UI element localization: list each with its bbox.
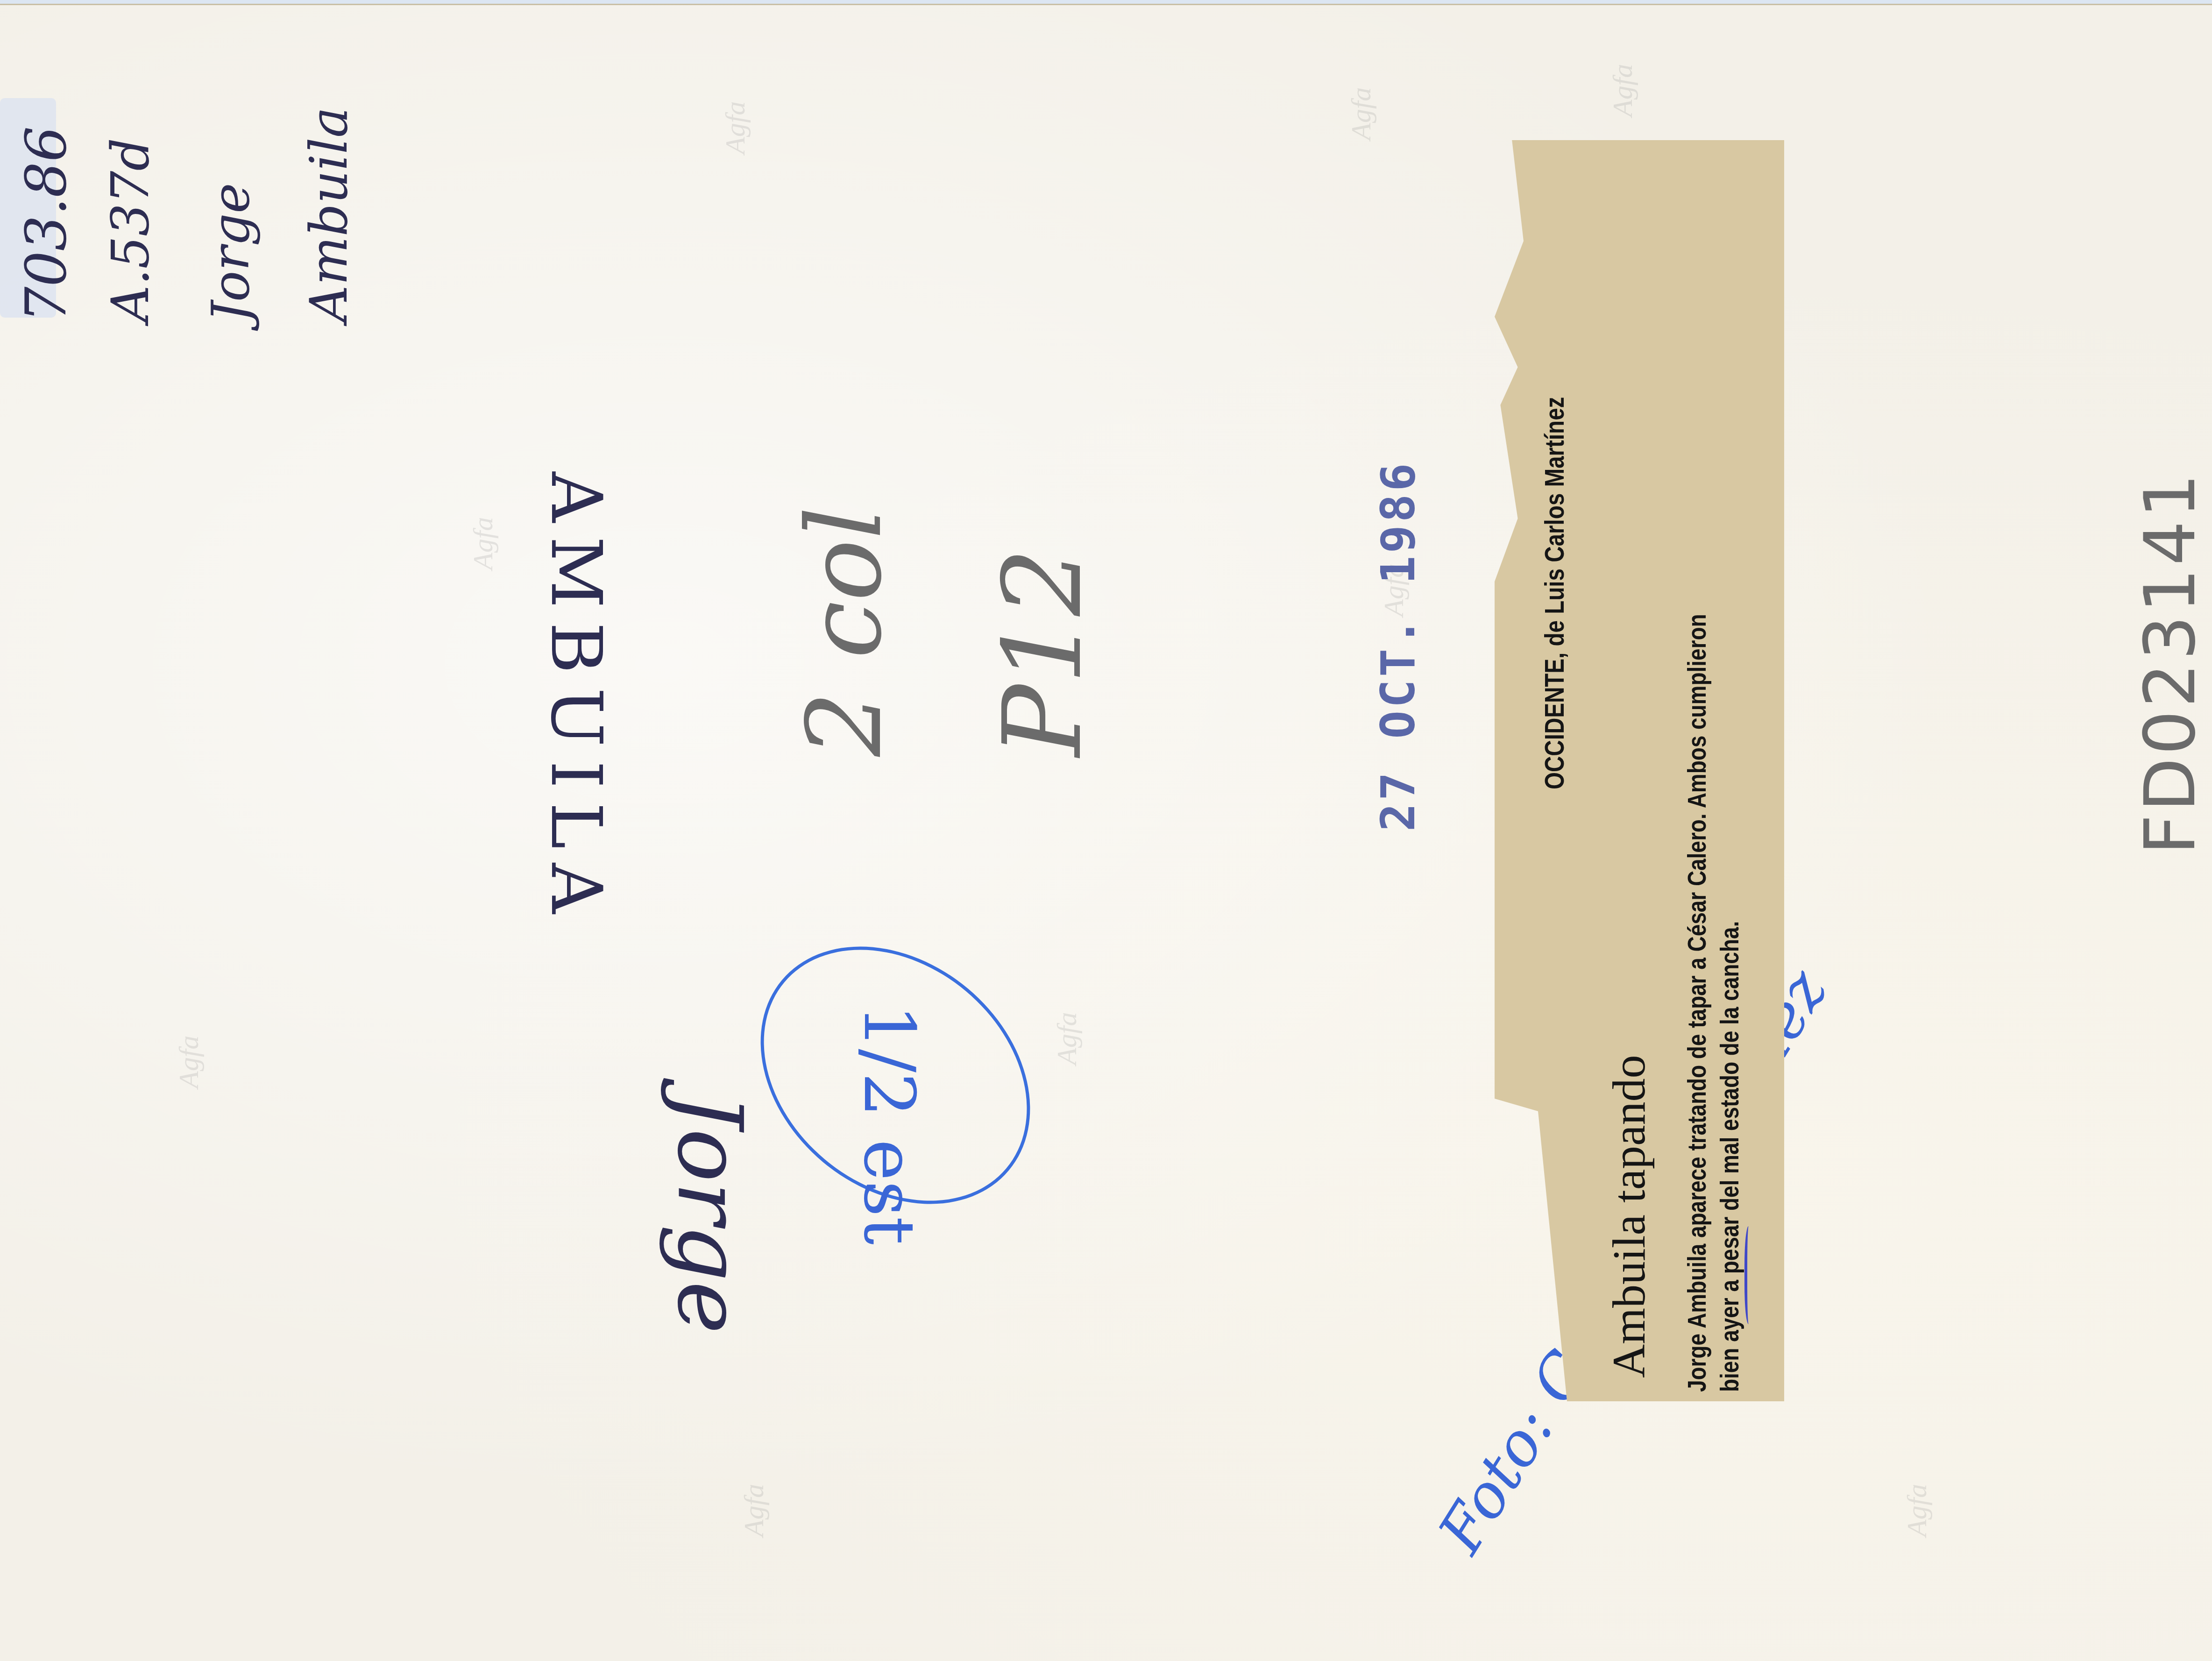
handwritten-first-name: Jorge (658, 1093, 761, 1334)
handwritten-last-name: AMBUILA (535, 472, 617, 928)
inventory-number: 703.86 (14, 126, 79, 322)
archive-name-last: Ambuila (299, 107, 359, 322)
agfa-watermark: Agfa (1345, 87, 1377, 140)
circled-note: 1/2 est (848, 1004, 929, 1245)
agfa-watermark: Agfa (1901, 1484, 1933, 1537)
clipping-credit: OCCIDENTE, de Luis Carlos Martínez (1539, 397, 1570, 789)
agfa-watermark: Agfa (1051, 1012, 1083, 1065)
agfa-watermark: Agfa (467, 517, 499, 570)
agfa-watermark: Agfa (1607, 64, 1639, 117)
newspaper-clipping: OCCIDENTE, de Luis Carlos Martínez Ambui… (1495, 140, 1784, 1401)
clipping-caption-line1: Jorge Ambuila aparece tratando de tapar … (1681, 614, 1712, 1392)
paper-top-edge (0, 0, 2212, 5)
agfa-watermark: Agfa (173, 1036, 205, 1088)
date-stamp: 27 OCT. 1986 (1371, 461, 1425, 831)
archive-name-first: Jorge (201, 183, 261, 322)
catalog-id: FD023141 (2130, 471, 2211, 855)
clipping-caption-line2: bien ayer a pesar del mal estado de la c… (1714, 921, 1744, 1392)
reference-code: A.537d (100, 138, 160, 322)
agfa-watermark: Agfa (719, 101, 752, 154)
clipping-headline: Ambuila tapando (1602, 1055, 1656, 1378)
agfa-watermark: Agfa (738, 1484, 770, 1537)
blue-pen-underline (1744, 1226, 1755, 1324)
pencil-note-columns: 2 col (785, 506, 904, 757)
pencil-note-page: P12 (981, 548, 1106, 757)
